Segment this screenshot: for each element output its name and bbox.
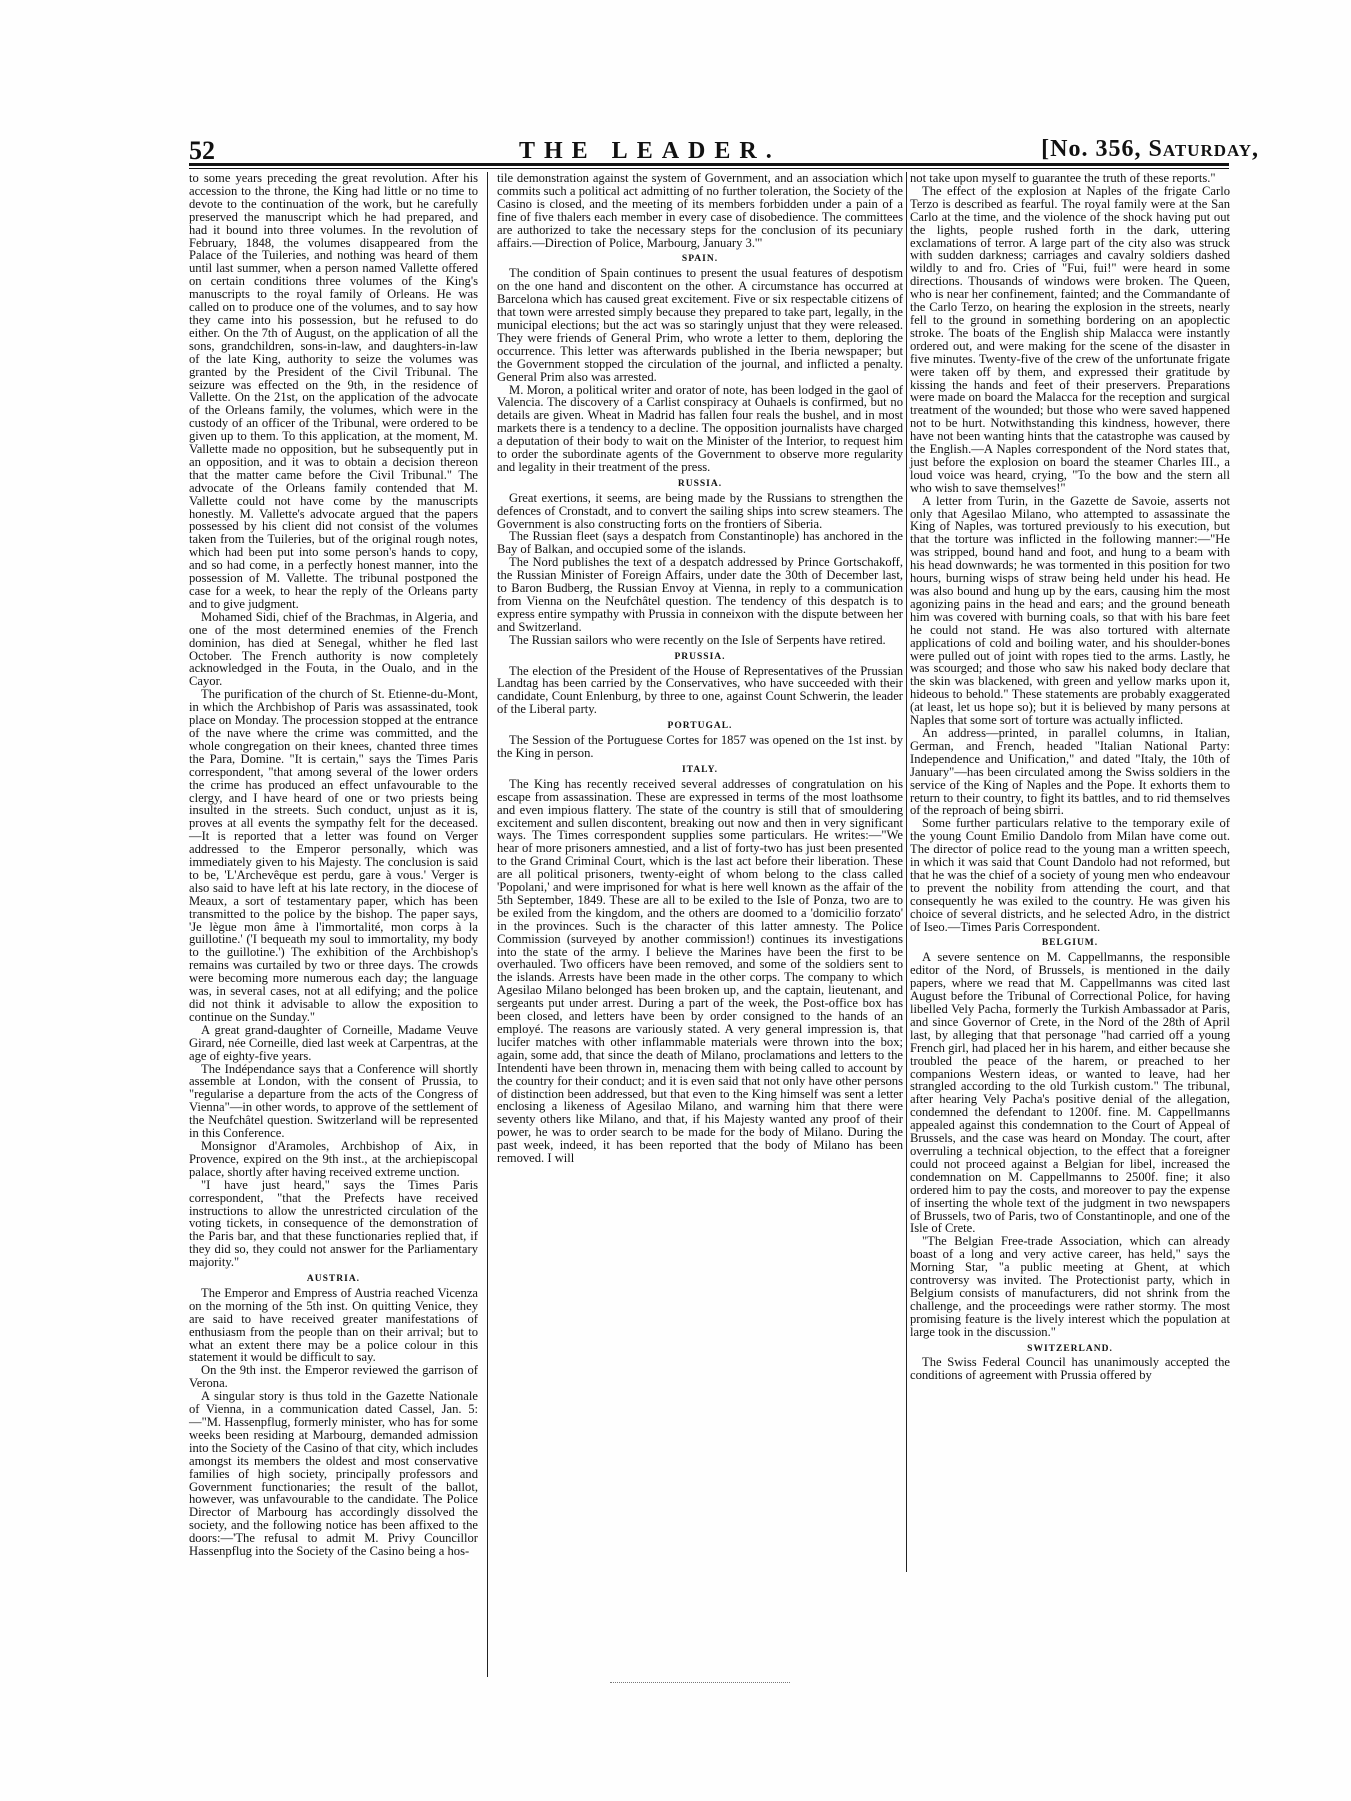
section-heading: AUSTRIA. (189, 1273, 478, 1286)
article-paragraph: to some years preceding the great revolu… (189, 172, 478, 611)
section-heading: RUSSIA. (497, 478, 903, 491)
article-paragraph: On the 9th inst. the Emperor reviewed th… (189, 1364, 478, 1390)
article-paragraph: Some further particulars relative to the… (910, 817, 1230, 933)
column-1: to some years preceding the great revolu… (189, 172, 478, 1558)
masthead-rule (189, 163, 1229, 166)
article-paragraph: A letter from Turin, in the Gazette de S… (910, 495, 1230, 727)
article-paragraph: "I have just heard," says the Times Pari… (189, 1179, 478, 1269)
section-heading: SWITZERLAND. (910, 1343, 1230, 1356)
section-heading: PORTUGAL. (497, 720, 903, 733)
article-paragraph: The King has recently received several a… (497, 778, 903, 1165)
article-paragraph: Mohamed Sidi, chief of the Brachmas, in … (189, 611, 478, 688)
article-paragraph: tile demonstration against the system of… (497, 172, 903, 249)
article-paragraph: An address—printed, in parallel columns,… (910, 727, 1230, 817)
issue-line: [No. 356, Saturday, (1041, 136, 1259, 163)
section-heading: ITALY. (497, 764, 903, 777)
article-paragraph: The Session of the Portuguese Cortes for… (497, 734, 903, 760)
issue-number: [No. 356, (1041, 136, 1148, 162)
article-paragraph: M. Moron, a political writer and orator … (497, 384, 903, 474)
section-heading: PRUSSIA. (497, 651, 903, 664)
article-paragraph: A singular story is thus told in the Gaz… (189, 1390, 478, 1558)
column-divider (906, 172, 907, 1572)
article-paragraph: Great exertions, it seems, are being mad… (497, 492, 903, 531)
article-paragraph: The election of the President of the Hou… (497, 665, 903, 717)
article-paragraph: not take upon myself to guarantee the tr… (910, 172, 1230, 185)
issue-day: Saturday, (1148, 136, 1259, 162)
masthead-rule-thin (189, 168, 1229, 169)
page-number: 52 (189, 136, 215, 166)
article-paragraph: A severe sentence on M. Cappellmanns, th… (910, 951, 1230, 1235)
masthead: 52 THE LEADER. [No. 356, Saturday, (189, 136, 1219, 166)
section-heading: SPAIN. (497, 253, 903, 266)
article-paragraph: Monsignor d'Aramoles, Archbishop of Aix,… (189, 1140, 478, 1179)
article-paragraph: The purification of the church of St. Et… (189, 688, 478, 1024)
article-paragraph: The Russian fleet (says a despatch from … (497, 530, 903, 556)
article-paragraph: The effect of the explosion at Naples of… (910, 185, 1230, 495)
footer-rule (610, 1682, 790, 1683)
article-paragraph: The Nord publishes the text of a despatc… (497, 556, 903, 633)
article-paragraph: The Swiss Federal Council has unanimousl… (910, 1356, 1230, 1382)
article-paragraph: The condition of Spain continues to pres… (497, 267, 903, 383)
article-paragraph: The Emperor and Empress of Austria reach… (189, 1287, 478, 1364)
article-paragraph: The Indépendance says that a Conference … (189, 1063, 478, 1140)
article-paragraph: "The Belgian Free-trade Association, whi… (910, 1235, 1230, 1338)
article-paragraph: The Russian sailors who were recently on… (497, 634, 903, 647)
column-2: tile demonstration against the system of… (497, 172, 903, 1165)
column-3: not take upon myself to guarantee the tr… (910, 172, 1230, 1382)
newspaper-page: 52 THE LEADER. [No. 356, Saturday, to so… (0, 0, 1351, 1801)
section-heading: BELGIUM. (910, 937, 1230, 950)
paper-title: THE LEADER. (519, 138, 781, 165)
column-divider (487, 172, 488, 1677)
article-paragraph: A great grand-daughter of Corneille, Mad… (189, 1024, 478, 1063)
